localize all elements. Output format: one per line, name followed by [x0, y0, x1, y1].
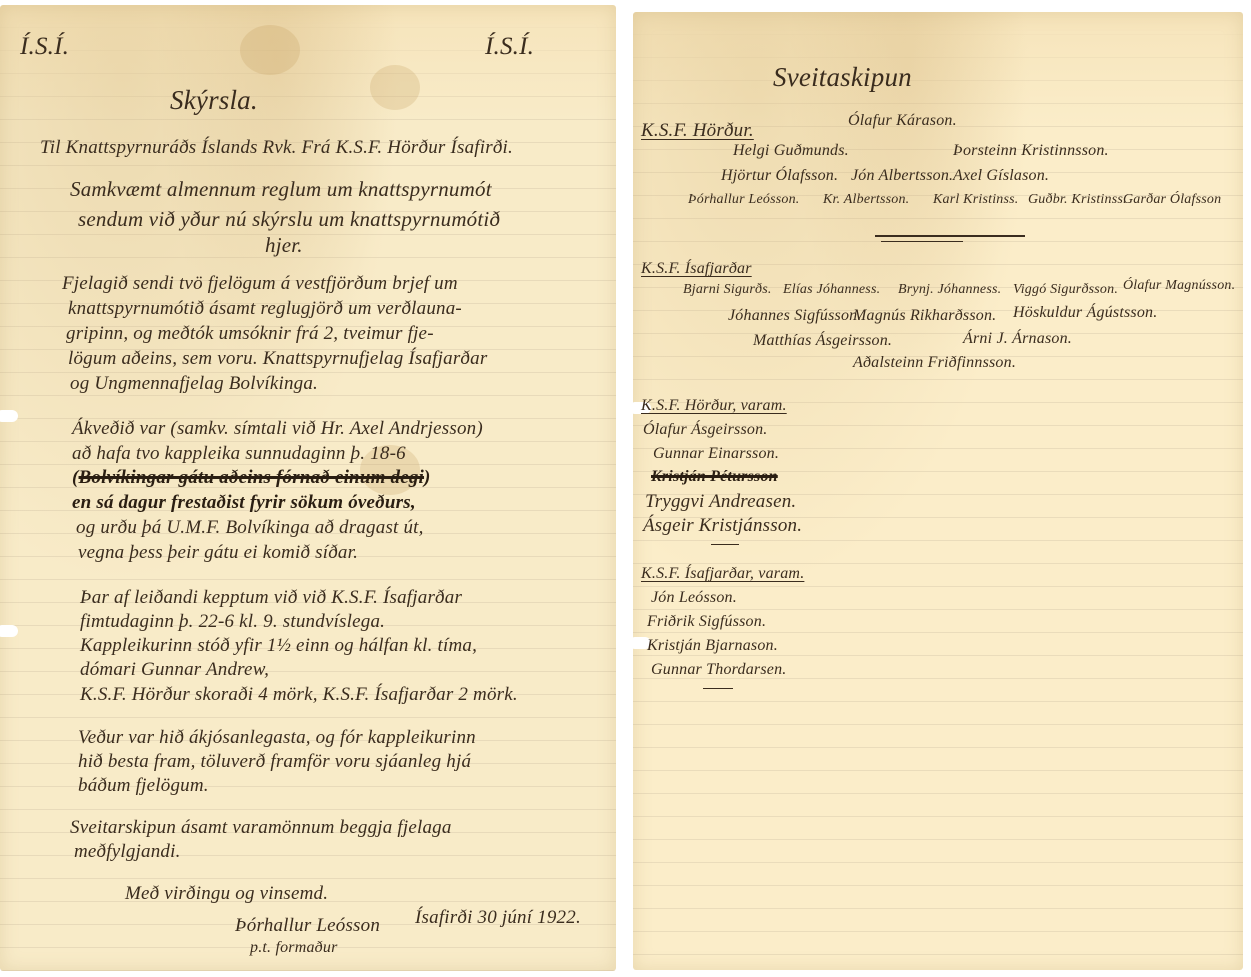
player-name: Jóhannes Sigfússon. [728, 307, 862, 325]
player-name: Matthías Ásgeirsson. [753, 332, 892, 350]
section-divider [875, 235, 1025, 237]
paragraph-line: lögum aðeins, sem voru. Knattspyrnufjela… [68, 348, 487, 370]
player-name: Magnús Rikharðsson. [853, 307, 996, 325]
punch-hole [0, 410, 18, 422]
player-name: Helgi Guðmunds. [733, 142, 849, 160]
paragraph-line: og urðu þá U.M.F. Bolvíkinga að dragast … [76, 517, 424, 539]
signature-name: Þórhallur Leósson [235, 915, 380, 937]
reserves-label-isafjardar: K.S.F. Ísafjarðar, varam. [641, 565, 804, 583]
paper-stain [240, 25, 300, 75]
paragraph-line: knattspyrnumótið ásamt reglugjörð um ver… [68, 298, 462, 320]
player-name: Árni J. Árnason. [963, 330, 1072, 348]
report-letter-page: Í.S.Í. Í.S.Í. Skýrsla. Til Knattspyrnurá… [0, 5, 616, 971]
section-divider [881, 241, 963, 242]
paragraph-line: Kappleikurinn stóð yfir 1½ einn og hálfa… [80, 635, 477, 657]
paragraph-line: Fjelagið sendi tvö fjelögum á vestfjörðu… [62, 273, 458, 295]
paragraph-line: dómari Gunnar Andrew, [80, 659, 269, 681]
paragraph-line: K.S.F. Hörður skoraði 4 mörk, K.S.F. Ísa… [80, 684, 518, 706]
player-name: Garðar Ólafsson [1123, 192, 1221, 208]
player-name: Axel Gíslason. [953, 167, 1049, 185]
paragraph-line: vegna þess þeir gátu ei komið síðar. [78, 542, 358, 564]
player-name: Ólafur Kárason. [848, 112, 957, 130]
place-date: Ísafirði 30 júní 1922. [415, 907, 581, 929]
signature-title: p.t. formaður [250, 939, 338, 957]
punch-hole [0, 625, 18, 637]
reserve-name: Ásgeir Kristjánsson. [643, 515, 802, 537]
reserve-name-struck: Kristján Pétursson [651, 468, 778, 486]
team-label-hordur: K.S.F. Hörður. [641, 120, 754, 142]
closing-salutation: Með virðingu og vinsemd. [125, 883, 328, 905]
paragraph-line: en sá dagur frestaðist fyrir sökum óveðu… [72, 492, 416, 514]
letter-title: Skýrsla. [170, 85, 258, 116]
paragraph-line: Sveitarskipun ásamt varamönnum beggja fj… [70, 817, 452, 839]
end-mark [711, 544, 739, 545]
player-name: Hjörtur Ólafsson. [721, 167, 838, 185]
paragraph-line: hið besta fram, töluverð framför voru sj… [78, 751, 471, 773]
paragraph-line: Veður var hið ákjósanlegasta, og fór kap… [78, 727, 476, 749]
player-name: Bjarni Sigurðs. [683, 282, 772, 298]
paragraph-line: gripinn, og meðtók umsóknir frá 2, tveim… [66, 323, 434, 345]
player-name: Elías Jóhanness. [783, 282, 880, 298]
reserve-name: Tryggvi Andreasen. [645, 491, 796, 513]
player-name: Ólafur Magnússon. [1123, 278, 1235, 294]
address-line: Til Knattspyrnuráðs Íslands Rvk. Frá K.S… [40, 137, 513, 159]
reserve-name: Gunnar Einarsson. [653, 445, 779, 463]
player-name: Guðbr. Kristinss. [1028, 192, 1127, 208]
player-name: Þorsteinn Kristinnsson. [953, 142, 1109, 160]
player-name: Jón Albertsson. [851, 167, 953, 185]
struck-text: Bolvíkingar gátu aðeins fórnað einum deg… [79, 467, 425, 488]
paragraph-line: Samkvæmt almennum reglum um knattspyrnum… [70, 177, 492, 202]
player-name: Brynj. Jóhanness. [898, 282, 1001, 298]
team-label-isafjardar: K.S.F. Ísafjarðar [641, 260, 752, 278]
player-name: Þórhallur Leósson. [688, 192, 799, 208]
reserve-name: Ólafur Ásgeirsson. [643, 421, 768, 439]
paragraph-line: hjer. [265, 233, 303, 258]
reserve-name: Gunnar Thordarsen. [651, 661, 786, 679]
paragraph-line: sendum við yður nú skýrslu um knattspyrn… [78, 207, 500, 232]
paragraph-line: Þar af leiðandi kepptum við við K.S.F. Í… [80, 587, 462, 609]
header-isi-right: Í.S.Í. [485, 33, 534, 61]
player-name: Karl Kristinss. [933, 192, 1018, 208]
reserve-name: Kristján Bjarnason. [647, 637, 778, 655]
player-name: Aðalsteinn Friðfinnsson. [853, 354, 1016, 372]
header-isi-left: Í.S.Í. [20, 33, 69, 61]
player-name: Kr. Albertsson. [823, 192, 909, 208]
paragraph-line: og Ungmennafjelag Bolvíkinga. [70, 373, 318, 395]
player-name: Viggó Sigurðsson. [1013, 282, 1118, 298]
paper-stain [370, 65, 420, 110]
reserve-name: Friðrik Sigfússon. [647, 613, 766, 631]
paragraph-line: Ákveðið var (samkv. símtali við Hr. Axel… [72, 418, 483, 440]
player-name: Höskuldur Ágústsson. [1013, 304, 1157, 322]
reserve-name: Jón Leósson. [651, 589, 737, 607]
reserves-label-hordur: K.S.F. Hörður, varam. [641, 397, 787, 415]
lineup-title: Sveitaskipun [773, 62, 912, 93]
paragraph-line: fimtudaginn þ. 22-6 kl. 9. stundvíslega. [80, 611, 385, 633]
paragraph-line-struck: (Bolvíkingar gátu aðeins fórnað einum de… [72, 467, 431, 489]
team-lineup-page: Sveitaskipun K.S.F. Hörður. Ólafur Káras… [633, 12, 1243, 970]
paragraph-line: meðfylgjandi. [74, 841, 181, 863]
end-mark [703, 688, 733, 689]
paragraph-line: báðum fjelögum. [78, 775, 209, 797]
paragraph-line: að hafa tvo kappleika sunnudaginn þ. 18-… [72, 443, 406, 465]
